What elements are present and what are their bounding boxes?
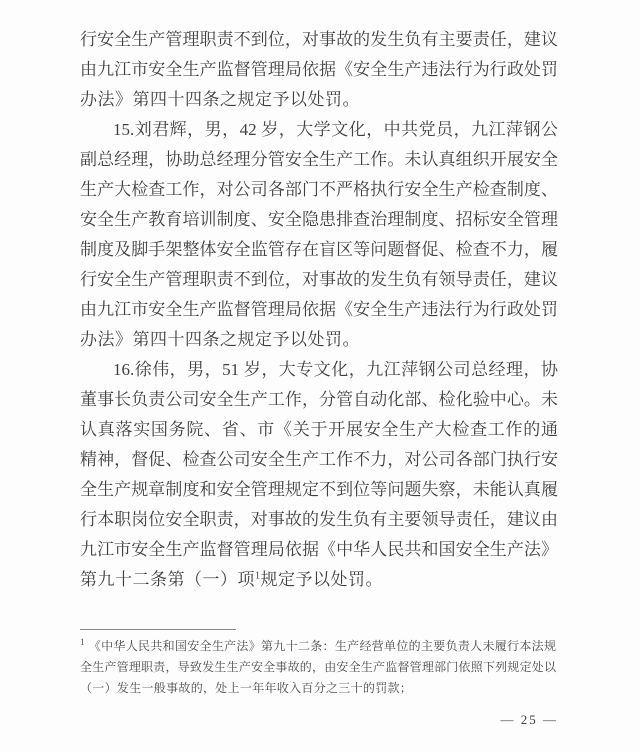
body-text-line: 第九十二条第（一）项1规定予以处罚。 xyxy=(80,565,558,595)
footnote-marker: 1 xyxy=(80,637,89,647)
body-text-line: 办法》第四十四条之规定予以处罚。 xyxy=(80,325,558,355)
body-text-line: 行本职岗位安全职责，对事故的发生负有主要领导责任，建议由 xyxy=(80,505,558,535)
body-text-line: 副总经理，协助总经理分管安全生产工作。未认真组织开展安全 xyxy=(80,145,558,175)
body-text-line: 行安全生产管理职责不到位，对事故的发生负有主要责任，建议 xyxy=(80,25,558,55)
body-text-line: 生产大检查工作，对公司各部门不严格执行安全生产检查制度、 xyxy=(80,175,558,205)
body-text-segment: 第九十二条第（一）项 xyxy=(80,570,255,589)
body-text-line: 董事长负责公司安全生产工作，分管自动化部、检化验中心。未 xyxy=(80,385,558,415)
body-text-line: 安全生产教育培训制度、安全隐患排查治理制度、招标安全管理 xyxy=(80,205,558,235)
footnote-separator-line xyxy=(80,629,236,630)
body-text-line: 行安全生产管理职责不到位，对事故的发生负有领导责任，建议 xyxy=(80,265,558,295)
body-text-line: 精神，督促、检查公司安全生产工作不力，对公司各部门执行安 xyxy=(80,445,558,475)
body-text-line: 九江市安全生产监督管理局依据《中华人民共和国安全生产法》 xyxy=(80,535,558,565)
footnote-line: 1《中华人民共和国安全生产法》第九十二条：生产经营单位的主要负责人未履行本法规定… xyxy=(80,636,556,657)
footnote-line: （一）发生一般事故的，处上一年年收入百分之三十的罚款； xyxy=(80,678,556,699)
body-text-line: 认真落实国务院、省、市《关于开展安全生产大检查工作的通知》 xyxy=(80,415,558,445)
body-text: 行安全生产管理职责不到位，对事故的发生负有主要责任，建议 由九江市安全生产监督管… xyxy=(80,25,558,595)
body-text-line: 由九江市安全生产监督管理局依据《安全生产违法行为行政处罚 xyxy=(80,295,558,325)
body-text-line: 办法》第四十四条之规定予以处罚。 xyxy=(80,85,558,115)
footnote-text: 《中华人民共和国安全生产法》第九十二条：生产经营单位的主要负责人未履行本法规定的… xyxy=(80,639,556,657)
footnote: 1《中华人民共和国安全生产法》第九十二条：生产经营单位的主要负责人未履行本法规定… xyxy=(80,636,556,699)
body-text-line-paragraph-16-start: 16.徐伟，男，51 岁，大专文化，九江萍钢公司总经理，协助 xyxy=(80,355,558,385)
body-text-segment: 规定予以处罚。 xyxy=(261,570,384,589)
body-text-line: 制度及脚手架整体安全监管存在盲区等问题督促、检查不力，履 xyxy=(80,235,558,265)
body-text-line: 由九江市安全生产监督管理局依据《安全生产违法行为行政处罚 xyxy=(80,55,558,85)
footnote-line: 全生产管理职责，导致发生生产安全事故的，由安全生产监督管理部门依照下列规定处以罚… xyxy=(80,657,556,678)
page-number: — 25 — xyxy=(501,712,559,728)
body-text-line-paragraph-15-start: 15.刘君辉，男，42 岁，大学文化，中共党员，九江萍钢公司 xyxy=(80,115,558,145)
body-text-line: 全生产规章制度和安全管理规定不到位等问题失察，未能认真履 xyxy=(80,475,558,505)
document-page: 行安全生产管理职责不到位，对事故的发生负有主要责任，建议 由九江市安全生产监督管… xyxy=(0,0,640,752)
